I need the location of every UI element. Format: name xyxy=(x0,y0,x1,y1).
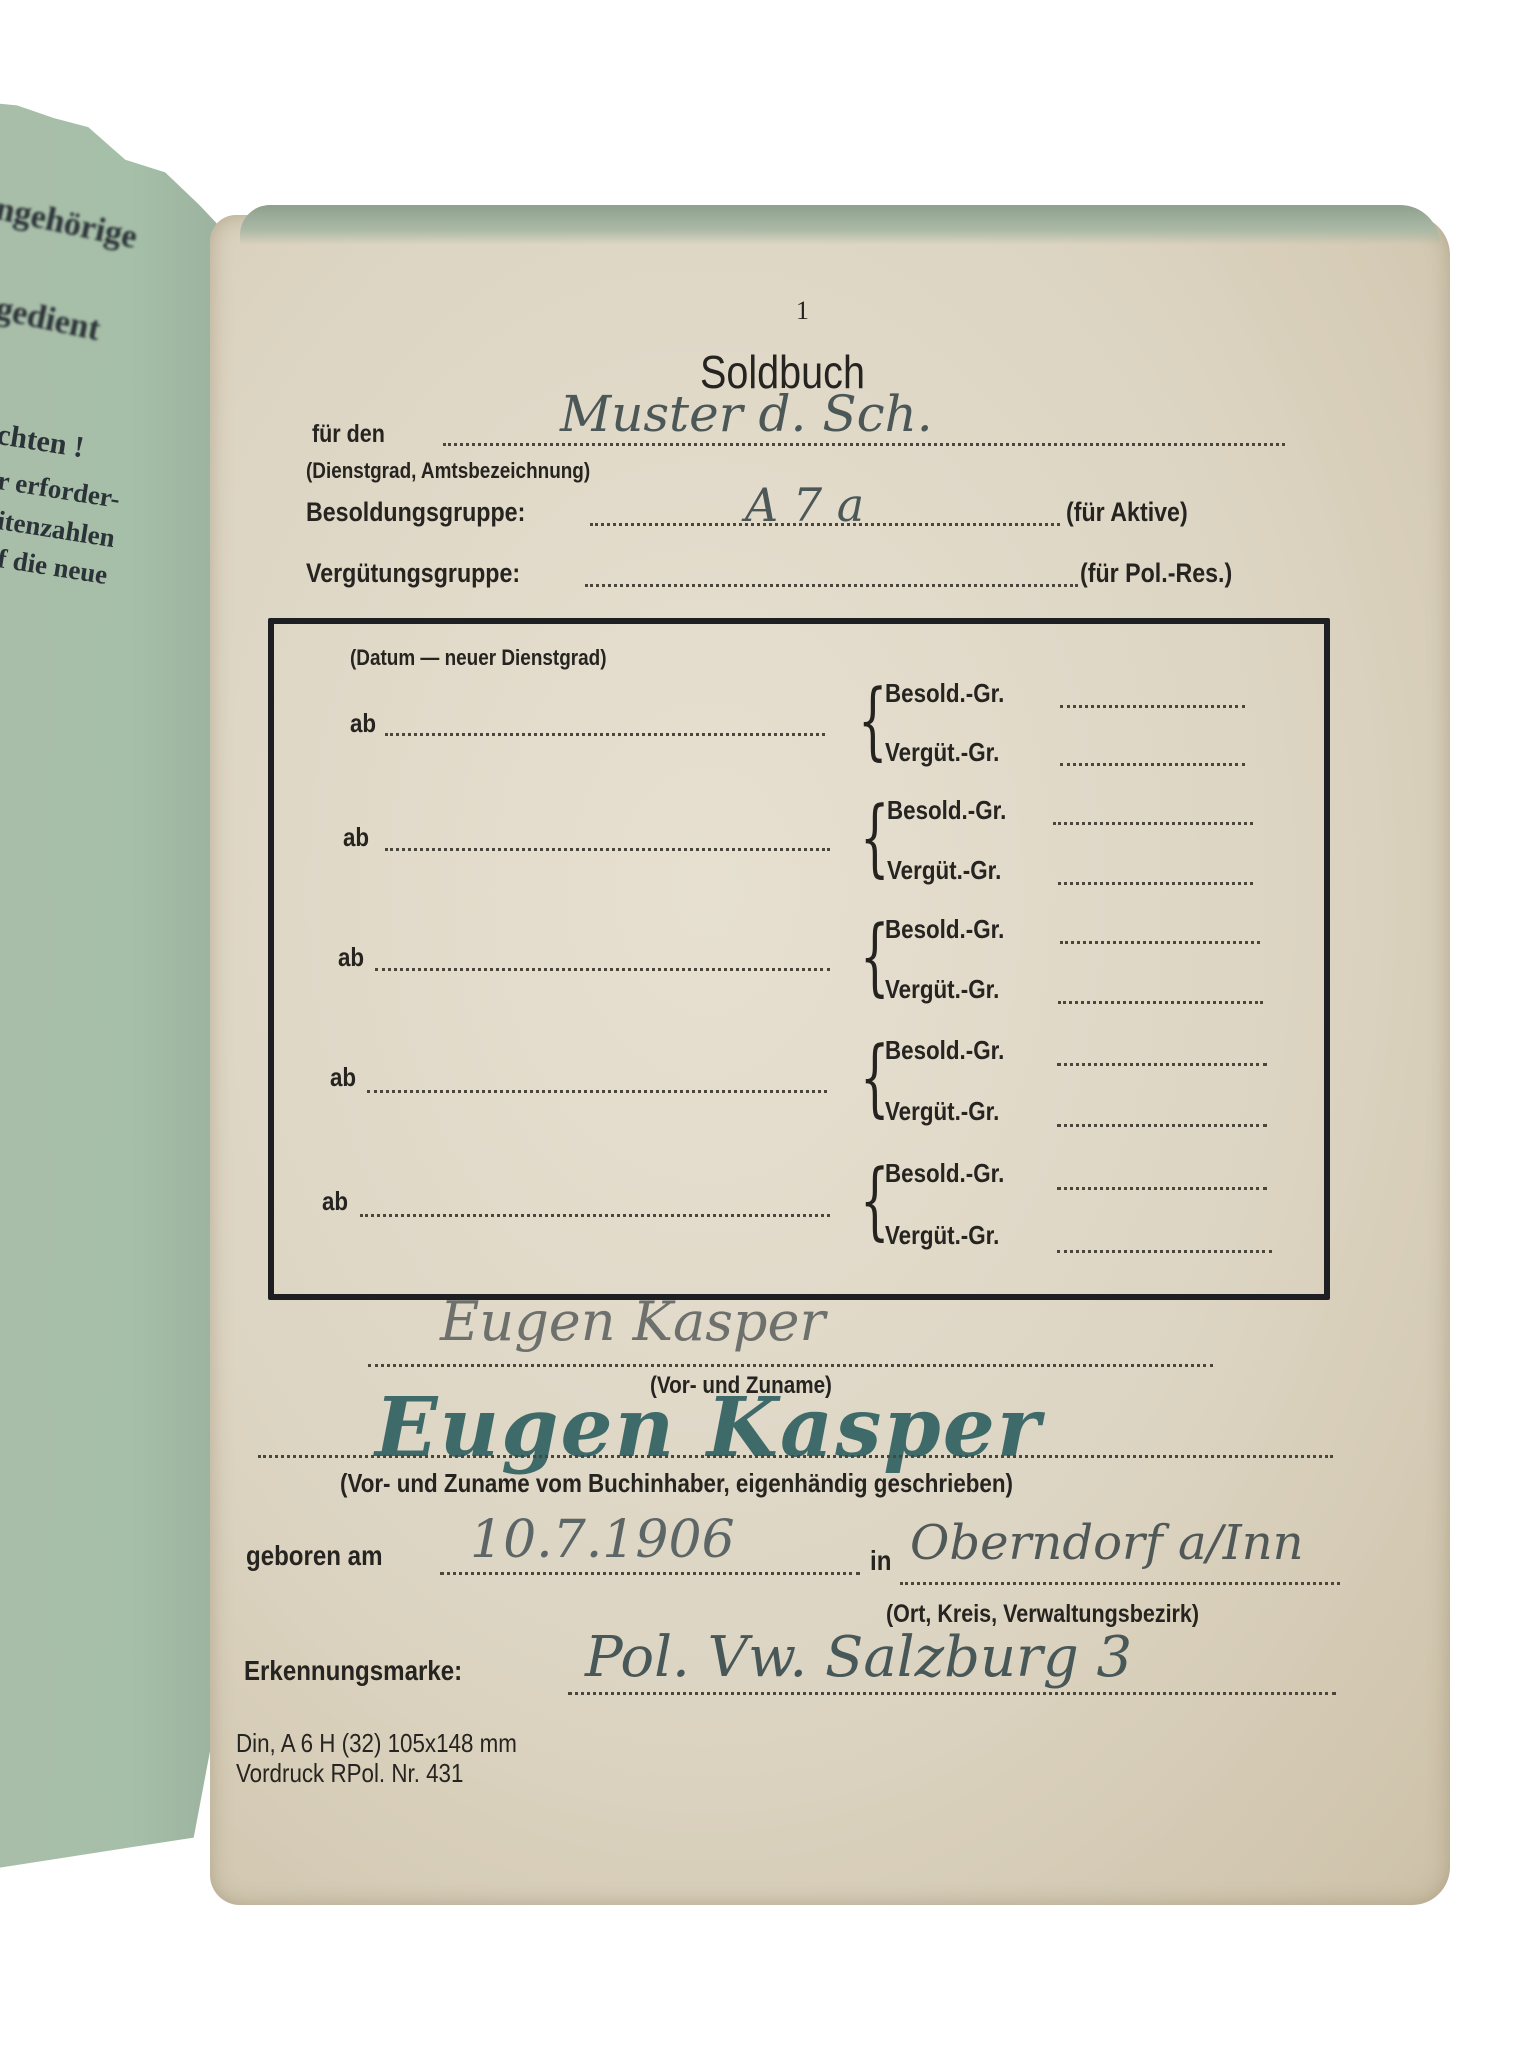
page-number: 1 xyxy=(796,296,809,326)
row2-besold-label: Besold.-Gr. xyxy=(887,795,1006,826)
row3-besold-label: Besold.-Gr. xyxy=(885,914,1004,945)
row1-vergut-label: Vergüt.-Gr. xyxy=(885,737,999,768)
verguetungsgruppe-line xyxy=(585,584,1078,587)
erkennungsmarke-line xyxy=(568,1692,1336,1695)
birth-date-line xyxy=(440,1572,860,1575)
row4-besold-label: Besold.-Gr. xyxy=(885,1035,1004,1066)
left-page-green: ngehörige gedient chten ! r erforder- it… xyxy=(0,100,245,1910)
page-top-edge xyxy=(240,205,1440,245)
row4-ab-label: ab xyxy=(330,1062,356,1093)
row4-date-line xyxy=(367,1090,827,1093)
fuer-den-caption: (Dienstgrad, Amtsbezeichnung) xyxy=(306,458,590,484)
signature-line xyxy=(258,1455,1333,1458)
row5-besold-label: Besold.-Gr. xyxy=(885,1158,1004,1189)
row1-besold-line xyxy=(1060,705,1245,708)
row2-date-line xyxy=(385,848,830,851)
name-line xyxy=(368,1364,1213,1367)
row5-vergut-line xyxy=(1057,1250,1272,1253)
form-spec-line1: Din, A 6 H (32) 105x148 mm xyxy=(236,1728,517,1759)
promotion-table-header: (Datum — neuer Dienstgrad) xyxy=(350,645,607,671)
fuer-den-label: für den xyxy=(312,420,385,449)
fuer-pol-res-caption: (für Pol.-Res.) xyxy=(1080,558,1232,589)
row5-vergut-label: Vergüt.-Gr. xyxy=(885,1220,999,1251)
besoldungsgruppe-handwritten: A 7 a xyxy=(745,478,864,532)
row2-brace: { xyxy=(860,795,889,879)
form-spec-line2: Vordruck RPol. Nr. 431 xyxy=(236,1758,463,1789)
erkennungsmarke-handwritten: Pol. Vw. Salzburg 3 xyxy=(585,1625,1132,1690)
row1-brace: { xyxy=(858,678,887,762)
row3-vergut-label: Vergüt.-Gr. xyxy=(885,974,999,1005)
row3-date-line xyxy=(375,968,830,971)
left-page-heading-2: gedient xyxy=(0,290,103,349)
erkennungsmarke-label: Erkennungsmarke: xyxy=(244,1655,462,1687)
holder-signature: Eugen Kasper xyxy=(375,1380,1042,1476)
row5-besold-line xyxy=(1057,1187,1267,1190)
geboren-am-label: geboren am xyxy=(246,1540,382,1572)
row2-vergut-line xyxy=(1058,882,1253,885)
row3-ab-label: ab xyxy=(338,942,364,973)
birth-date-handwritten: 10.7.1906 xyxy=(470,1510,735,1570)
fuer-den-handwritten: Muster d. Sch. xyxy=(560,385,933,443)
row4-vergut-label: Vergüt.-Gr. xyxy=(885,1096,999,1127)
birth-place-handwritten: Oberndorf a/Inn xyxy=(910,1515,1304,1571)
verguetungsgruppe-label: Vergütungsgruppe: xyxy=(306,558,520,589)
row2-ab-label: ab xyxy=(343,822,369,853)
fuer-aktive-caption: (für Aktive) xyxy=(1066,497,1188,528)
row4-vergut-line xyxy=(1057,1124,1267,1127)
besoldungsgruppe-label: Besoldungsgruppe: xyxy=(306,497,525,528)
row3-vergut-line xyxy=(1058,1001,1263,1004)
row3-besold-line xyxy=(1060,941,1260,944)
row1-date-line xyxy=(385,733,825,736)
row1-vergut-line xyxy=(1060,763,1245,766)
row4-besold-line xyxy=(1057,1063,1267,1066)
in-label: in xyxy=(870,1545,891,1577)
row5-date-line xyxy=(360,1214,830,1217)
promotion-table-box xyxy=(268,618,1330,1300)
fuer-den-line xyxy=(443,443,1285,446)
left-page-heading-1: ngehörige xyxy=(0,190,140,257)
row5-ab-label: ab xyxy=(322,1186,348,1217)
row2-besold-line xyxy=(1053,822,1253,825)
row2-vergut-label: Vergüt.-Gr. xyxy=(887,855,1001,886)
name-handwritten: Eugen Kasper xyxy=(440,1290,825,1353)
row1-ab-label: ab xyxy=(350,708,376,739)
left-page-heading-3: chten ! xyxy=(0,418,86,465)
birth-place-line xyxy=(900,1582,1340,1585)
signature-caption: (Vor- und Zuname vom Buchinhaber, eigenh… xyxy=(340,1468,1013,1499)
row1-besold-label: Besold.-Gr. xyxy=(885,678,1004,709)
